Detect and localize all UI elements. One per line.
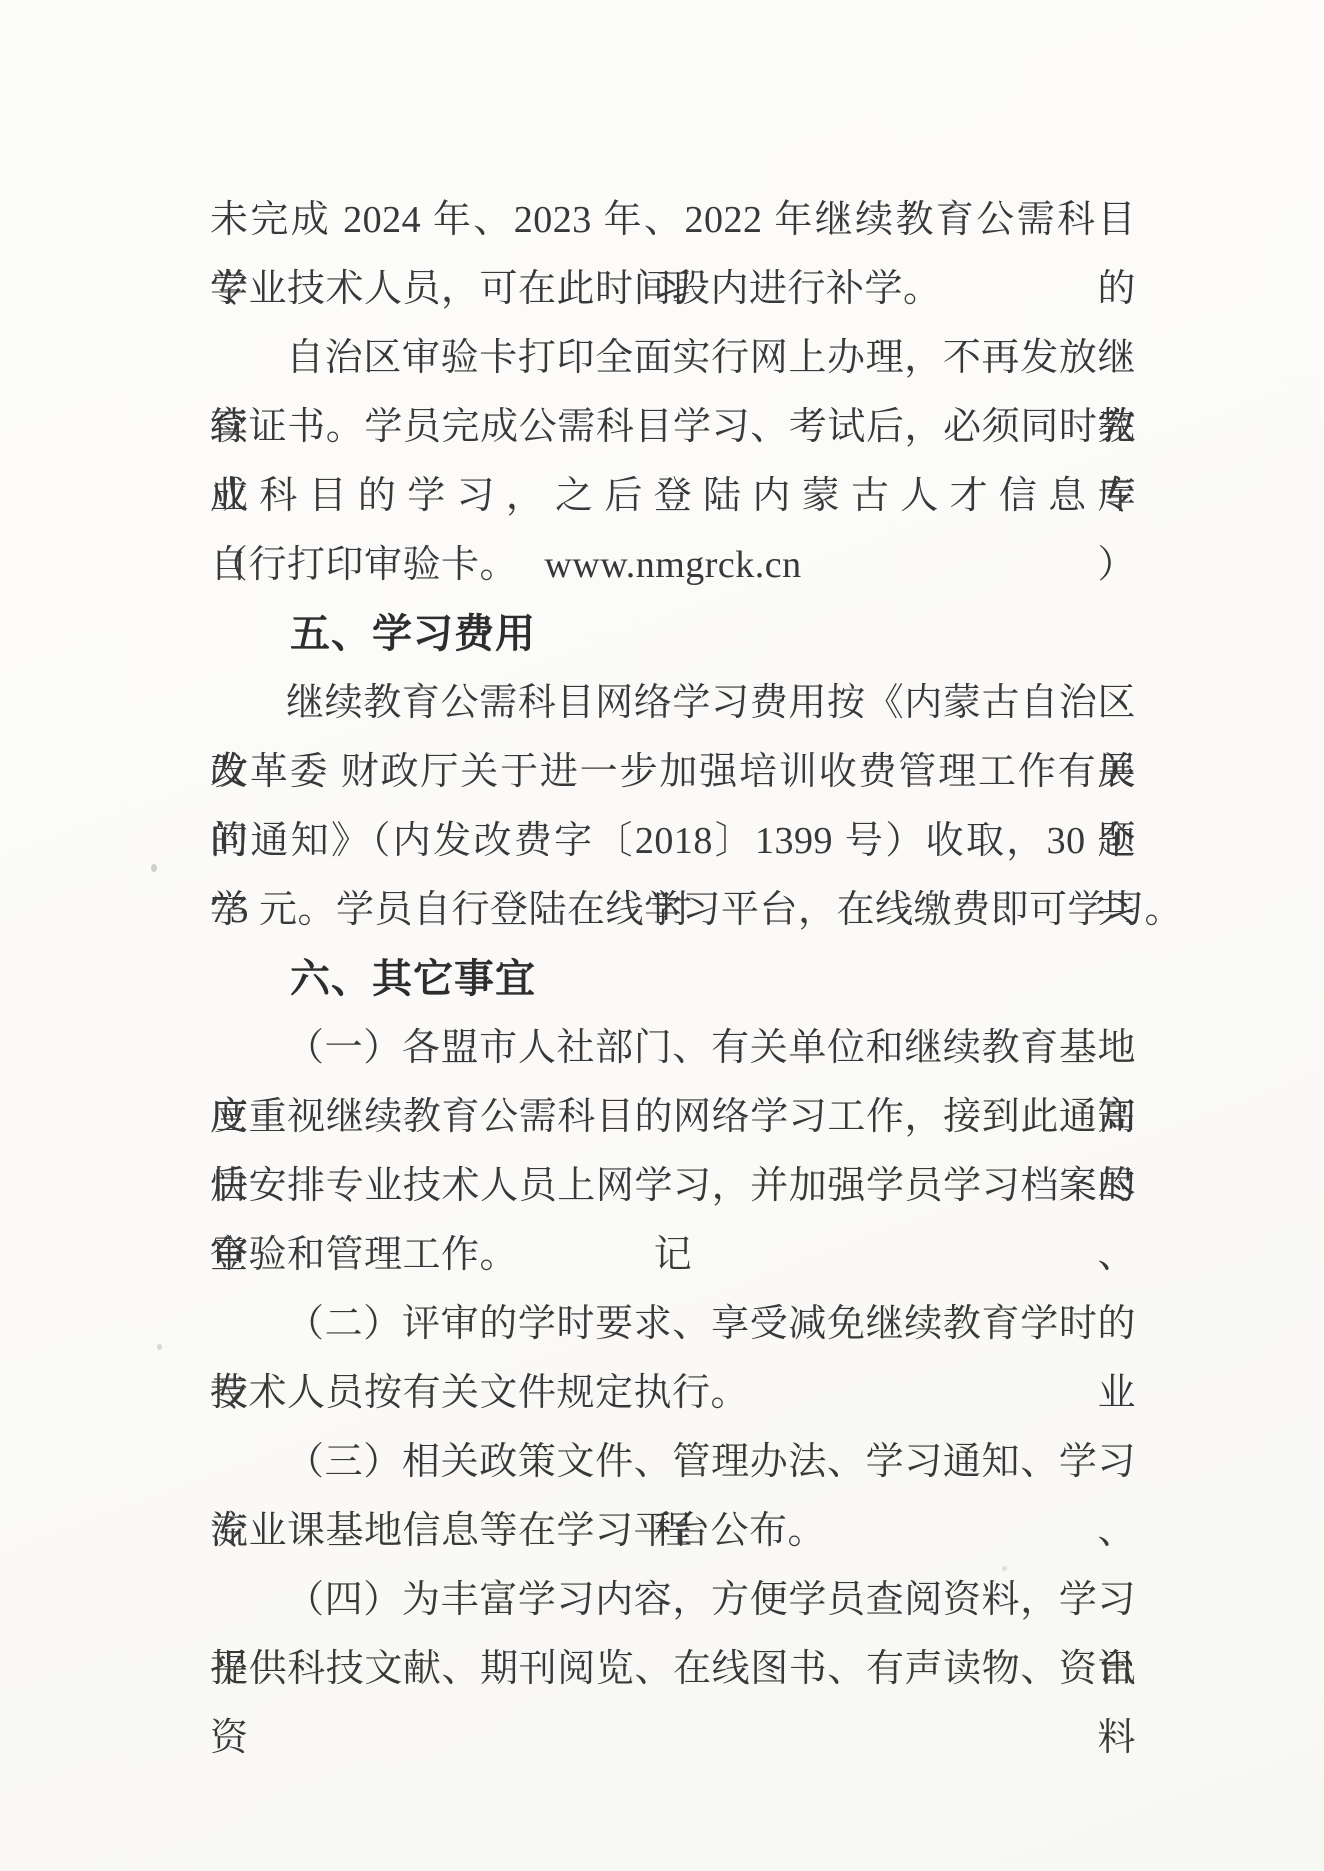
doc-line: （一）各盟市人社部门、有关单位和继续教育基地应高 [210, 1014, 1136, 1083]
doc-line: 业科目的学习，之后登陆内蒙古人才信息库（www.nmgrck.cn） [210, 462, 1136, 531]
document-page: 未完成 2024 年、2023 年、2022 年继续教育公需科目学习的 专业技术… [0, 0, 1324, 1871]
doc-line: 改革委 财政厅关于进一步加强培训收费管理工作有关问题 [210, 738, 1136, 807]
doc-line: 提供科技文献、期刊阅览、在线图书、有声读物、资讯资料 [210, 1635, 1136, 1704]
doc-line: （二）评审的学时要求、享受减免继续教育学时的专业 [210, 1290, 1136, 1359]
document-text-block: 未完成 2024 年、2023 年、2022 年继续教育公需科目学习的 专业技术… [210, 186, 1136, 1704]
doc-line: 的通知》（内发改费字〔2018〕1399 号）收取，30 个学时共 [210, 807, 1136, 876]
scan-speck [151, 864, 157, 872]
doc-line: 度重视继续教育公需科目的网络学习工作，接到此通知后尽 [210, 1083, 1136, 1152]
doc-line: （三）相关政策文件、管理办法、学习通知、学习流程、 [210, 1428, 1136, 1497]
doc-line: 育证书。学员完成公需科目学习、考试后，必须同时完成专 [210, 393, 1136, 462]
section-heading-fees: 五、学习费用 [210, 600, 1136, 669]
doc-line: 75 元。学员自行登陆在线学习平台，在线缴费即可学习。 [210, 876, 1136, 945]
doc-line: 未完成 2024 年、2023 年、2022 年继续教育公需科目学习的 [210, 186, 1136, 255]
doc-line: 继续教育公需科目网络学习费用按《内蒙古自治区发展 [210, 669, 1136, 738]
doc-line: 自治区审验卡打印全面实行网上办理，不再发放继续教 [210, 324, 1136, 393]
doc-line: 快安排专业技术人员上网学习，并加强学员学习档案的登记、 [210, 1152, 1136, 1221]
scan-speck [157, 1344, 162, 1350]
section-heading-other-matters: 六、其它事宜 [210, 945, 1136, 1014]
doc-line: （四）为丰富学习内容，方便学员查阅资料，学习平台 [210, 1566, 1136, 1635]
